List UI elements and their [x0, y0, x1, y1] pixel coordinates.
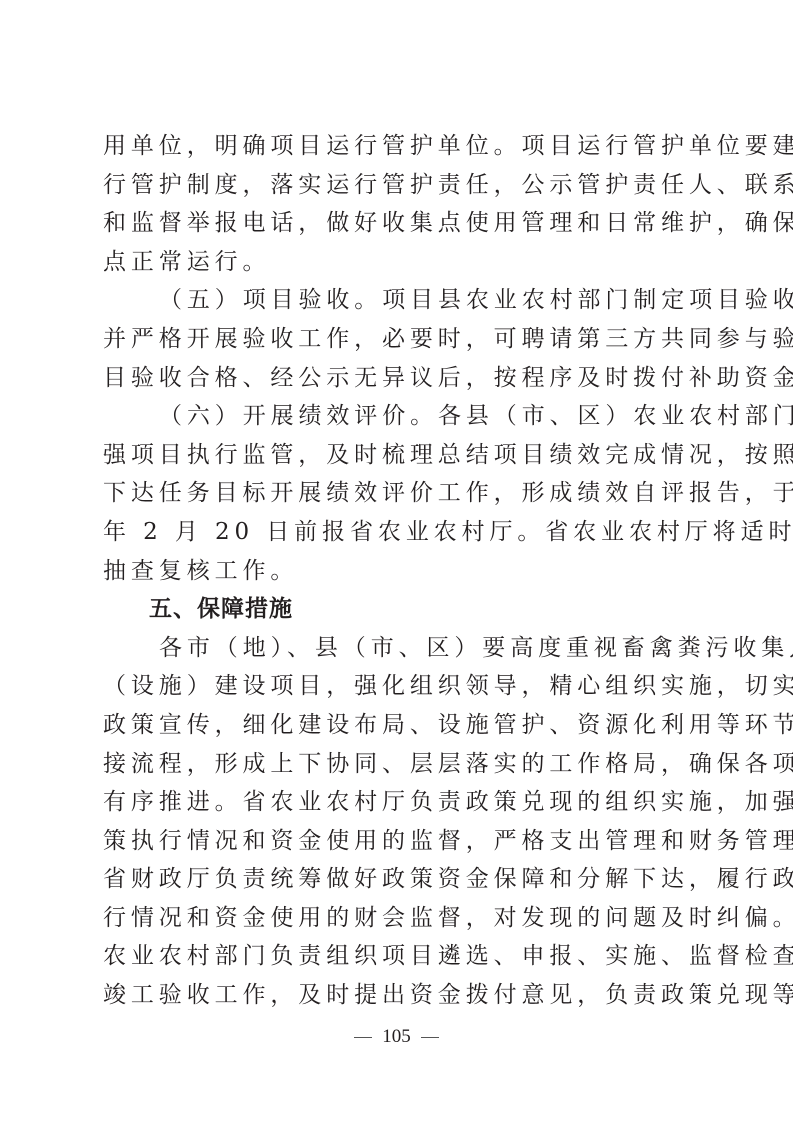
text-line: 接流程，形成上下协同、层层落实的工作格局，确保各项任务: [103, 745, 693, 784]
paragraph-performance-evaluation: （六）开展绩效评价。各县（市、区）农业农村部门要加 强项目执行监管，及时梳理总结…: [103, 397, 693, 590]
text-line: 目验收合格、经公示无异议后，按程序及时拨付补助资金。: [103, 359, 693, 398]
text-line: （六）开展绩效评价。各县（市、区）农业农村部门要加: [103, 397, 693, 436]
text-line: 策执行情况和资金使用的监督，严格支出管理和财务管理等。: [103, 822, 693, 861]
text-line: 年 2 月 20 日前报省农业农村厅。省农业农村厅将适时组织开展: [103, 513, 693, 552]
text-line: （五）项目验收。项目县农业农村部门制定项目验收方案，: [103, 281, 693, 320]
text-line: 用单位，明确项目运行管护单位。项目运行管护单位要建立运: [103, 127, 693, 166]
text-line: 下达任务目标开展绩效评价工作，形成绩效自评报告，于 2027: [103, 474, 693, 513]
paragraph-continuation: 用单位，明确项目运行管护单位。项目运行管护单位要建立运 行管护制度，落实运行管护…: [103, 127, 693, 281]
text-line: 点正常运行。: [103, 243, 693, 282]
text-line: 并严格开展验收工作，必要时，可聘请第三方共同参与验收。项: [103, 320, 693, 359]
paragraph-safeguard-body: 各市（地）、县（市、区）要高度重视畜禽粪污收集点 （设施）建设项目，强化组织领导…: [103, 629, 693, 1015]
text-line: 抽查复核工作。: [103, 552, 693, 591]
text-line: 有序推进。省农业农村厅负责政策兑现的组织实施，加强对政: [103, 783, 693, 822]
text-line: 和监督举报电话，做好收集点使用管理和日常维护，确保收集: [103, 204, 693, 243]
text-line: 各市（地）、县（市、区）要高度重视畜禽粪污收集点: [103, 629, 693, 668]
section-heading-safeguard-measures: 五、保障措施: [103, 590, 693, 629]
text-line: 省财政厅负责统筹做好政策资金保障和分解下达，履行政策执: [103, 860, 693, 899]
dash-decoration: [354, 1037, 372, 1038]
text-line: 竣工验收工作，及时提出资金拨付意见，负责政策兑现等相关: [103, 976, 693, 1015]
text-line: 强项目执行监管，及时梳理总结项目绩效完成情况，按照省级: [103, 436, 693, 475]
page-number: 105: [382, 1026, 411, 1047]
text-line: 行管护制度，落实运行管护责任，公示管护责任人、联系电话: [103, 166, 693, 205]
paragraph-project-acceptance: （五）项目验收。项目县农业农村部门制定项目验收方案， 并严格开展验收工作，必要时…: [103, 281, 693, 397]
text-line: 行情况和资金使用的财会监督，对发现的问题及时纠偏。市县: [103, 899, 693, 938]
document-body: 用单位，明确项目运行管护单位。项目运行管护单位要建立运 行管护制度，落实运行管护…: [103, 127, 693, 1015]
text-line: 农业农村部门负责组织项目遴选、申报、实施、监督检查以及: [103, 937, 693, 976]
text-line: （设施）建设项目，强化组织领导，精心组织实施，切实做好: [103, 667, 693, 706]
dash-decoration: [421, 1037, 439, 1038]
text-line: 政策宣传，细化建设布局、设施管护、资源化利用等环节的衔: [103, 706, 693, 745]
page-footer: 105: [0, 1026, 793, 1048]
